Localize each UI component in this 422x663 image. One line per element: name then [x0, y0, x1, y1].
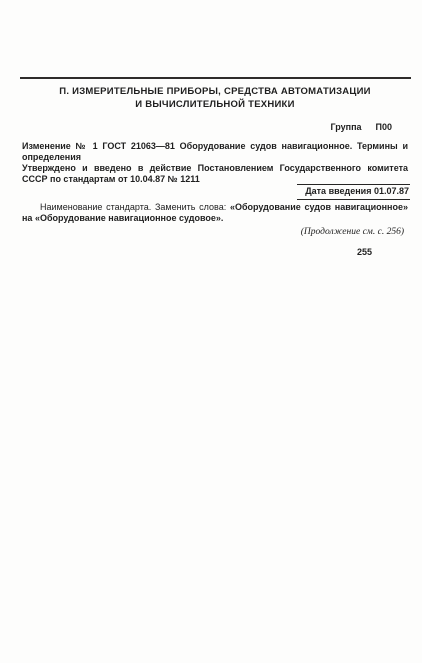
section-header-line1: П. ИЗМЕРИТЕЛЬНЫЕ ПРИБОРЫ, СРЕДСТВА АВТОМ…: [22, 86, 408, 99]
scanned-standard-page: П. ИЗМЕРИТЕЛЬНЫЕ ПРИБОРЫ, СРЕДСТВА АВТОМ…: [0, 0, 422, 663]
group-row: ГруппаП00: [22, 122, 392, 132]
effective-date-row: Дата введения 01.07.87: [22, 181, 410, 200]
page-number: 255: [22, 247, 372, 257]
group-label: Группа: [330, 122, 361, 132]
effective-date: Дата введения 01.07.87: [297, 184, 410, 200]
section-header: П. ИЗМЕРИТЕЛЬНЫЕ ПРИБОРЫ, СРЕДСТВА АВТОМ…: [22, 86, 408, 111]
section-header-line2: И ВЫЧИСЛИТЕЛЬНОЙ ТЕХНИКИ: [22, 99, 408, 112]
change-notice-title: Изменение № 1 ГОСТ 21063—81 Оборудование…: [22, 141, 408, 162]
continuation-note: (Продолжение см. с. 256): [22, 227, 404, 237]
change-body-lead: Наименование стандарта. Заменить слова:: [40, 202, 230, 212]
top-horizontal-rule: [20, 77, 411, 79]
change-body-paragraph: Наименование стандарта. Заменить слова: …: [22, 202, 408, 223]
group-code: П00: [376, 122, 392, 132]
